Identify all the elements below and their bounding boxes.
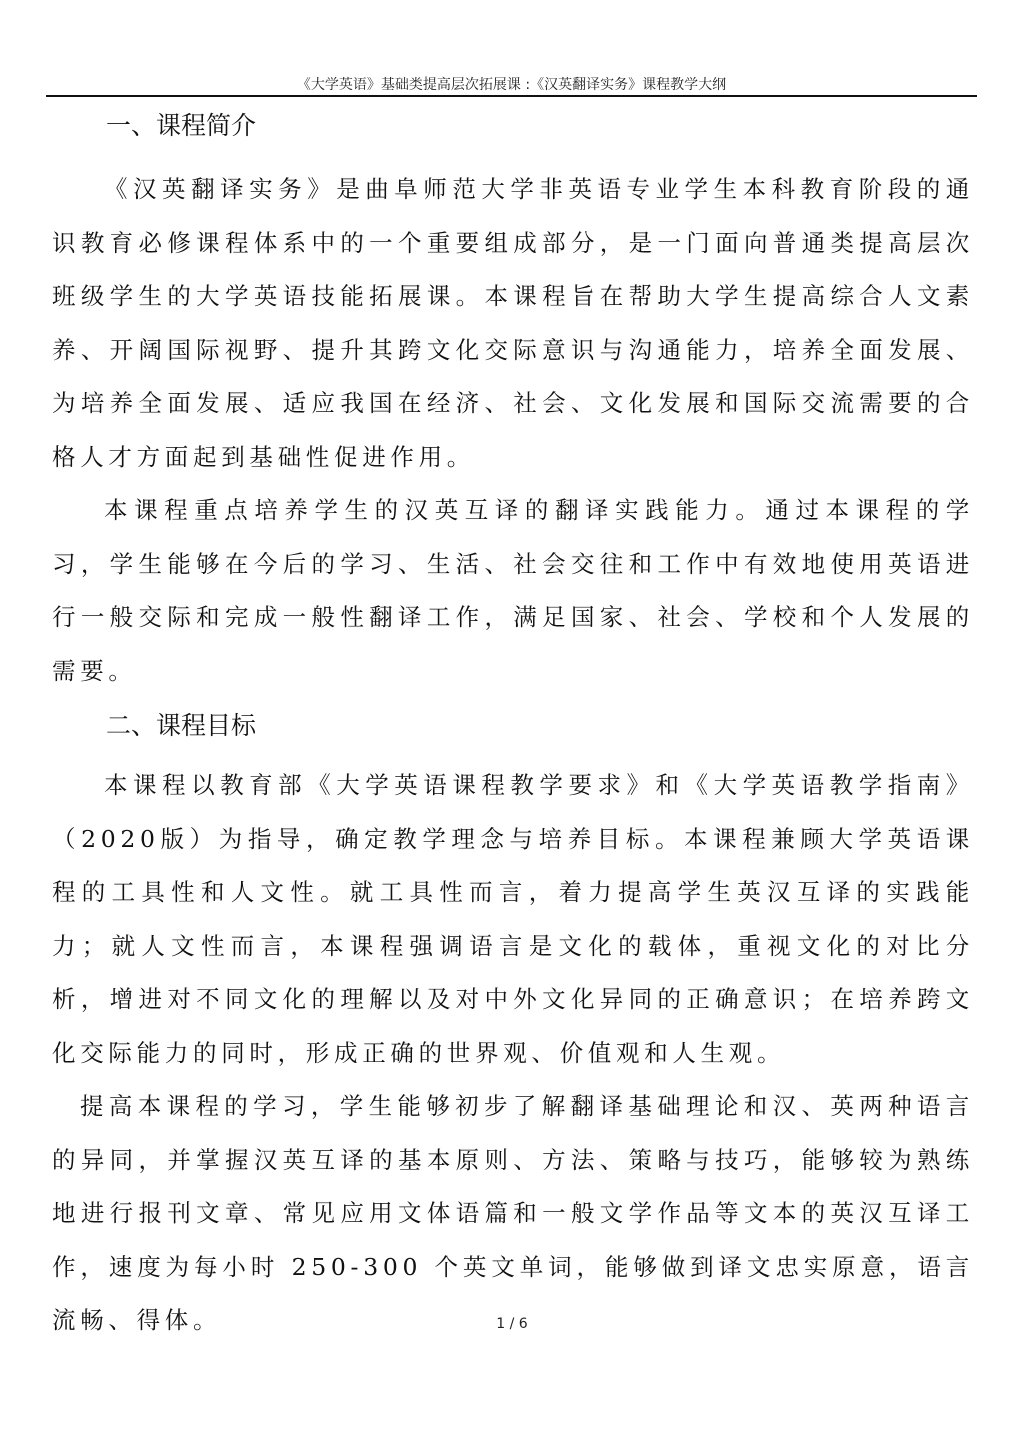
section-heading-course-intro: 一、课程简介 xyxy=(52,101,974,151)
paragraph-course-intro-2: 本课程重点培养学生的汉英互译的翻译实践能力。通过本课程的学习，学生能够在今后的学… xyxy=(52,484,974,698)
paragraph-course-goals-1: 本课程以教育部《大学英语课程教学要求》和《大学英语教学指南》（2020版）为指导… xyxy=(52,759,974,1080)
header-divider xyxy=(46,95,977,97)
running-header: 《大学英语》基础类提高层次拓展课 :《汉英翻译实务》课程教学大纲 xyxy=(46,74,977,94)
section-heading-course-goals: 二、课程目标 xyxy=(52,701,974,751)
document-body: 一、课程简介 《汉英翻译实务》是曲阜师范大学非英语专业学生本科教育阶段的通识教育… xyxy=(52,100,974,1348)
paragraph-course-goals-2: 提高本课程的学习，学生能够初步了解翻译基础理论和汉、英两种语言的异同，并掌握汉英… xyxy=(52,1080,974,1348)
paragraph-course-intro-1: 《汉英翻译实务》是曲阜师范大学非英语专业学生本科教育阶段的通识教育必修课程体系中… xyxy=(52,163,974,484)
page-number: 1 / 6 xyxy=(0,1316,1024,1332)
